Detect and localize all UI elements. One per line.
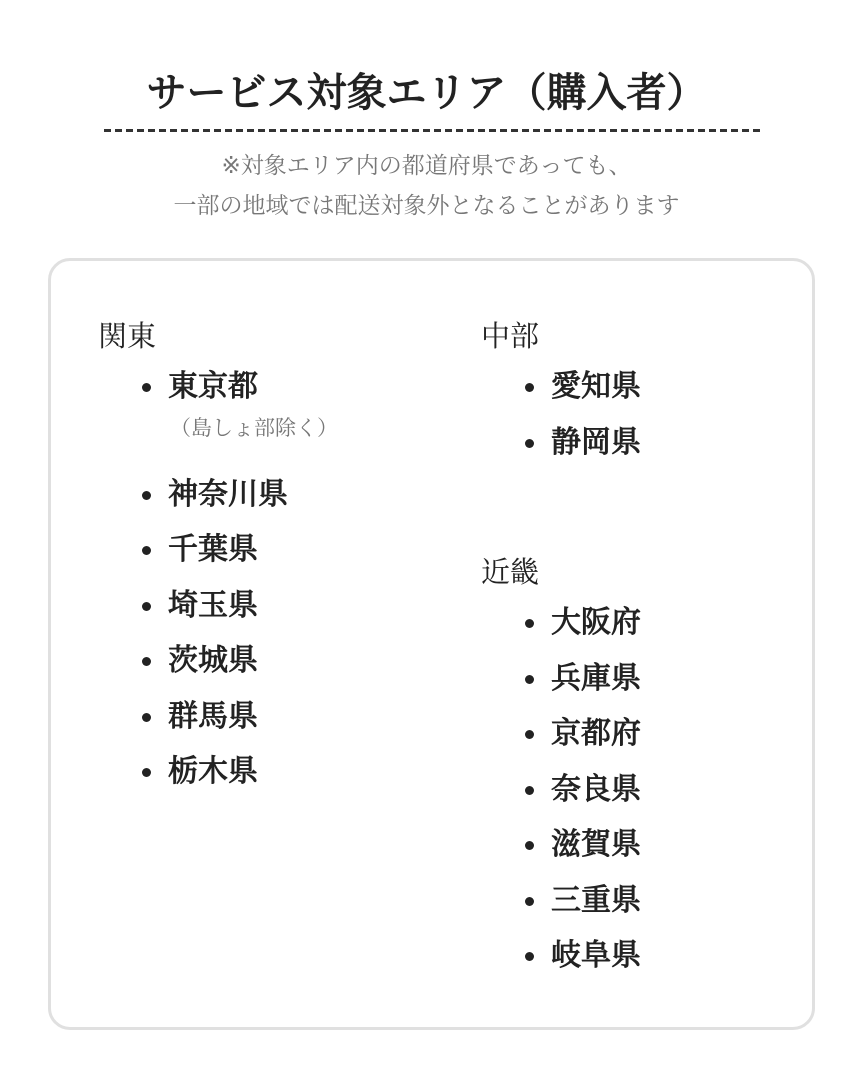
prefecture-item: 茨城県 <box>98 633 338 689</box>
bullet-icon <box>525 841 534 850</box>
note-line-2: 一部の地域では配送対象外となることがあります <box>0 186 853 226</box>
prefecture-name: 岐阜県 <box>551 938 641 973</box>
prefecture-item: 栃木県 <box>98 744 338 800</box>
bullet-icon <box>525 730 534 739</box>
region-title: 関東 <box>98 316 338 356</box>
bullet-icon <box>525 952 534 961</box>
prefecture-item: 岐阜県 <box>481 928 641 984</box>
prefecture-name: 三重県 <box>551 883 641 918</box>
bullet-icon <box>142 383 151 392</box>
prefecture-list: 東京都 （島しょ部除く） 神奈川県 千葉県 埼玉県 茨城県 群馬県 <box>98 359 338 800</box>
prefecture-name: 千葉県 <box>168 532 258 567</box>
prefecture-item: 京都府 <box>481 706 641 762</box>
prefecture-item: 愛知県 <box>481 359 641 415</box>
bullet-icon <box>142 657 151 666</box>
prefecture-item: 兵庫県 <box>481 651 641 707</box>
bullet-icon <box>142 546 151 555</box>
bullet-icon <box>142 491 151 500</box>
region-chubu: 中部 愛知県 静岡県 <box>481 316 641 470</box>
prefecture-name: 群馬県 <box>168 699 258 734</box>
region-title: 中部 <box>481 316 641 356</box>
prefecture-name: 奈良県 <box>551 772 641 807</box>
prefecture-name: 京都府 <box>551 716 641 751</box>
dashed-divider <box>104 129 764 132</box>
prefecture-list: 愛知県 静岡県 <box>481 359 641 470</box>
prefecture-name: 茨城県 <box>168 643 258 678</box>
prefecture-name: 大阪府 <box>551 605 641 640</box>
prefecture-item: 東京都 <box>98 359 338 415</box>
prefecture-item: 埼玉県 <box>98 578 338 634</box>
region-kanto: 関東 東京都 （島しょ部除く） 神奈川県 千葉県 埼玉県 茨城県 <box>98 316 338 800</box>
service-area-card: 関東 東京都 （島しょ部除く） 神奈川県 千葉県 埼玉県 茨城県 <box>48 258 815 1030</box>
prefecture-name: 神奈川県 <box>168 477 288 512</box>
bullet-icon <box>142 768 151 777</box>
bullet-icon <box>525 897 534 906</box>
bullet-icon <box>142 602 151 611</box>
bullet-icon <box>525 786 534 795</box>
region-title: 近畿 <box>481 552 641 592</box>
prefecture-item: 千葉県 <box>98 522 338 578</box>
service-area-note: ※対象エリア内の都道府県であっても、 一部の地域では配送対象外となることがありま… <box>0 146 853 226</box>
prefecture-item: 神奈川県 <box>98 467 338 523</box>
prefecture-name: 東京都 <box>168 369 258 404</box>
prefecture-list: 大阪府 兵庫県 京都府 奈良県 滋賀県 三重県 <box>481 595 641 984</box>
note-line-1: ※対象エリア内の都道府県であっても、 <box>0 146 853 186</box>
prefecture-item: 静岡県 <box>481 415 641 471</box>
bullet-icon <box>525 619 534 628</box>
prefecture-name: 埼玉県 <box>168 588 258 623</box>
bullet-icon <box>142 713 151 722</box>
prefecture-item: 群馬県 <box>98 689 338 745</box>
prefecture-item: 三重県 <box>481 873 641 929</box>
prefecture-item: 滋賀県 <box>481 817 641 873</box>
bullet-icon <box>525 675 534 684</box>
prefecture-note: （島しょ部除く） <box>98 413 338 443</box>
prefecture-item: 大阪府 <box>481 595 641 651</box>
prefecture-name: 愛知県 <box>551 369 641 404</box>
bullet-icon <box>525 383 534 392</box>
region-kinki: 近畿 大阪府 兵庫県 京都府 奈良県 滋賀県 <box>481 552 641 984</box>
prefecture-name: 栃木県 <box>168 754 258 789</box>
prefecture-item: 奈良県 <box>481 762 641 818</box>
prefecture-name: 滋賀県 <box>551 827 641 862</box>
prefecture-name: 兵庫県 <box>551 661 641 696</box>
prefecture-name: 静岡県 <box>551 425 641 460</box>
page-title: サービス対象エリア（購入者） <box>0 65 853 121</box>
bullet-icon <box>525 439 534 448</box>
